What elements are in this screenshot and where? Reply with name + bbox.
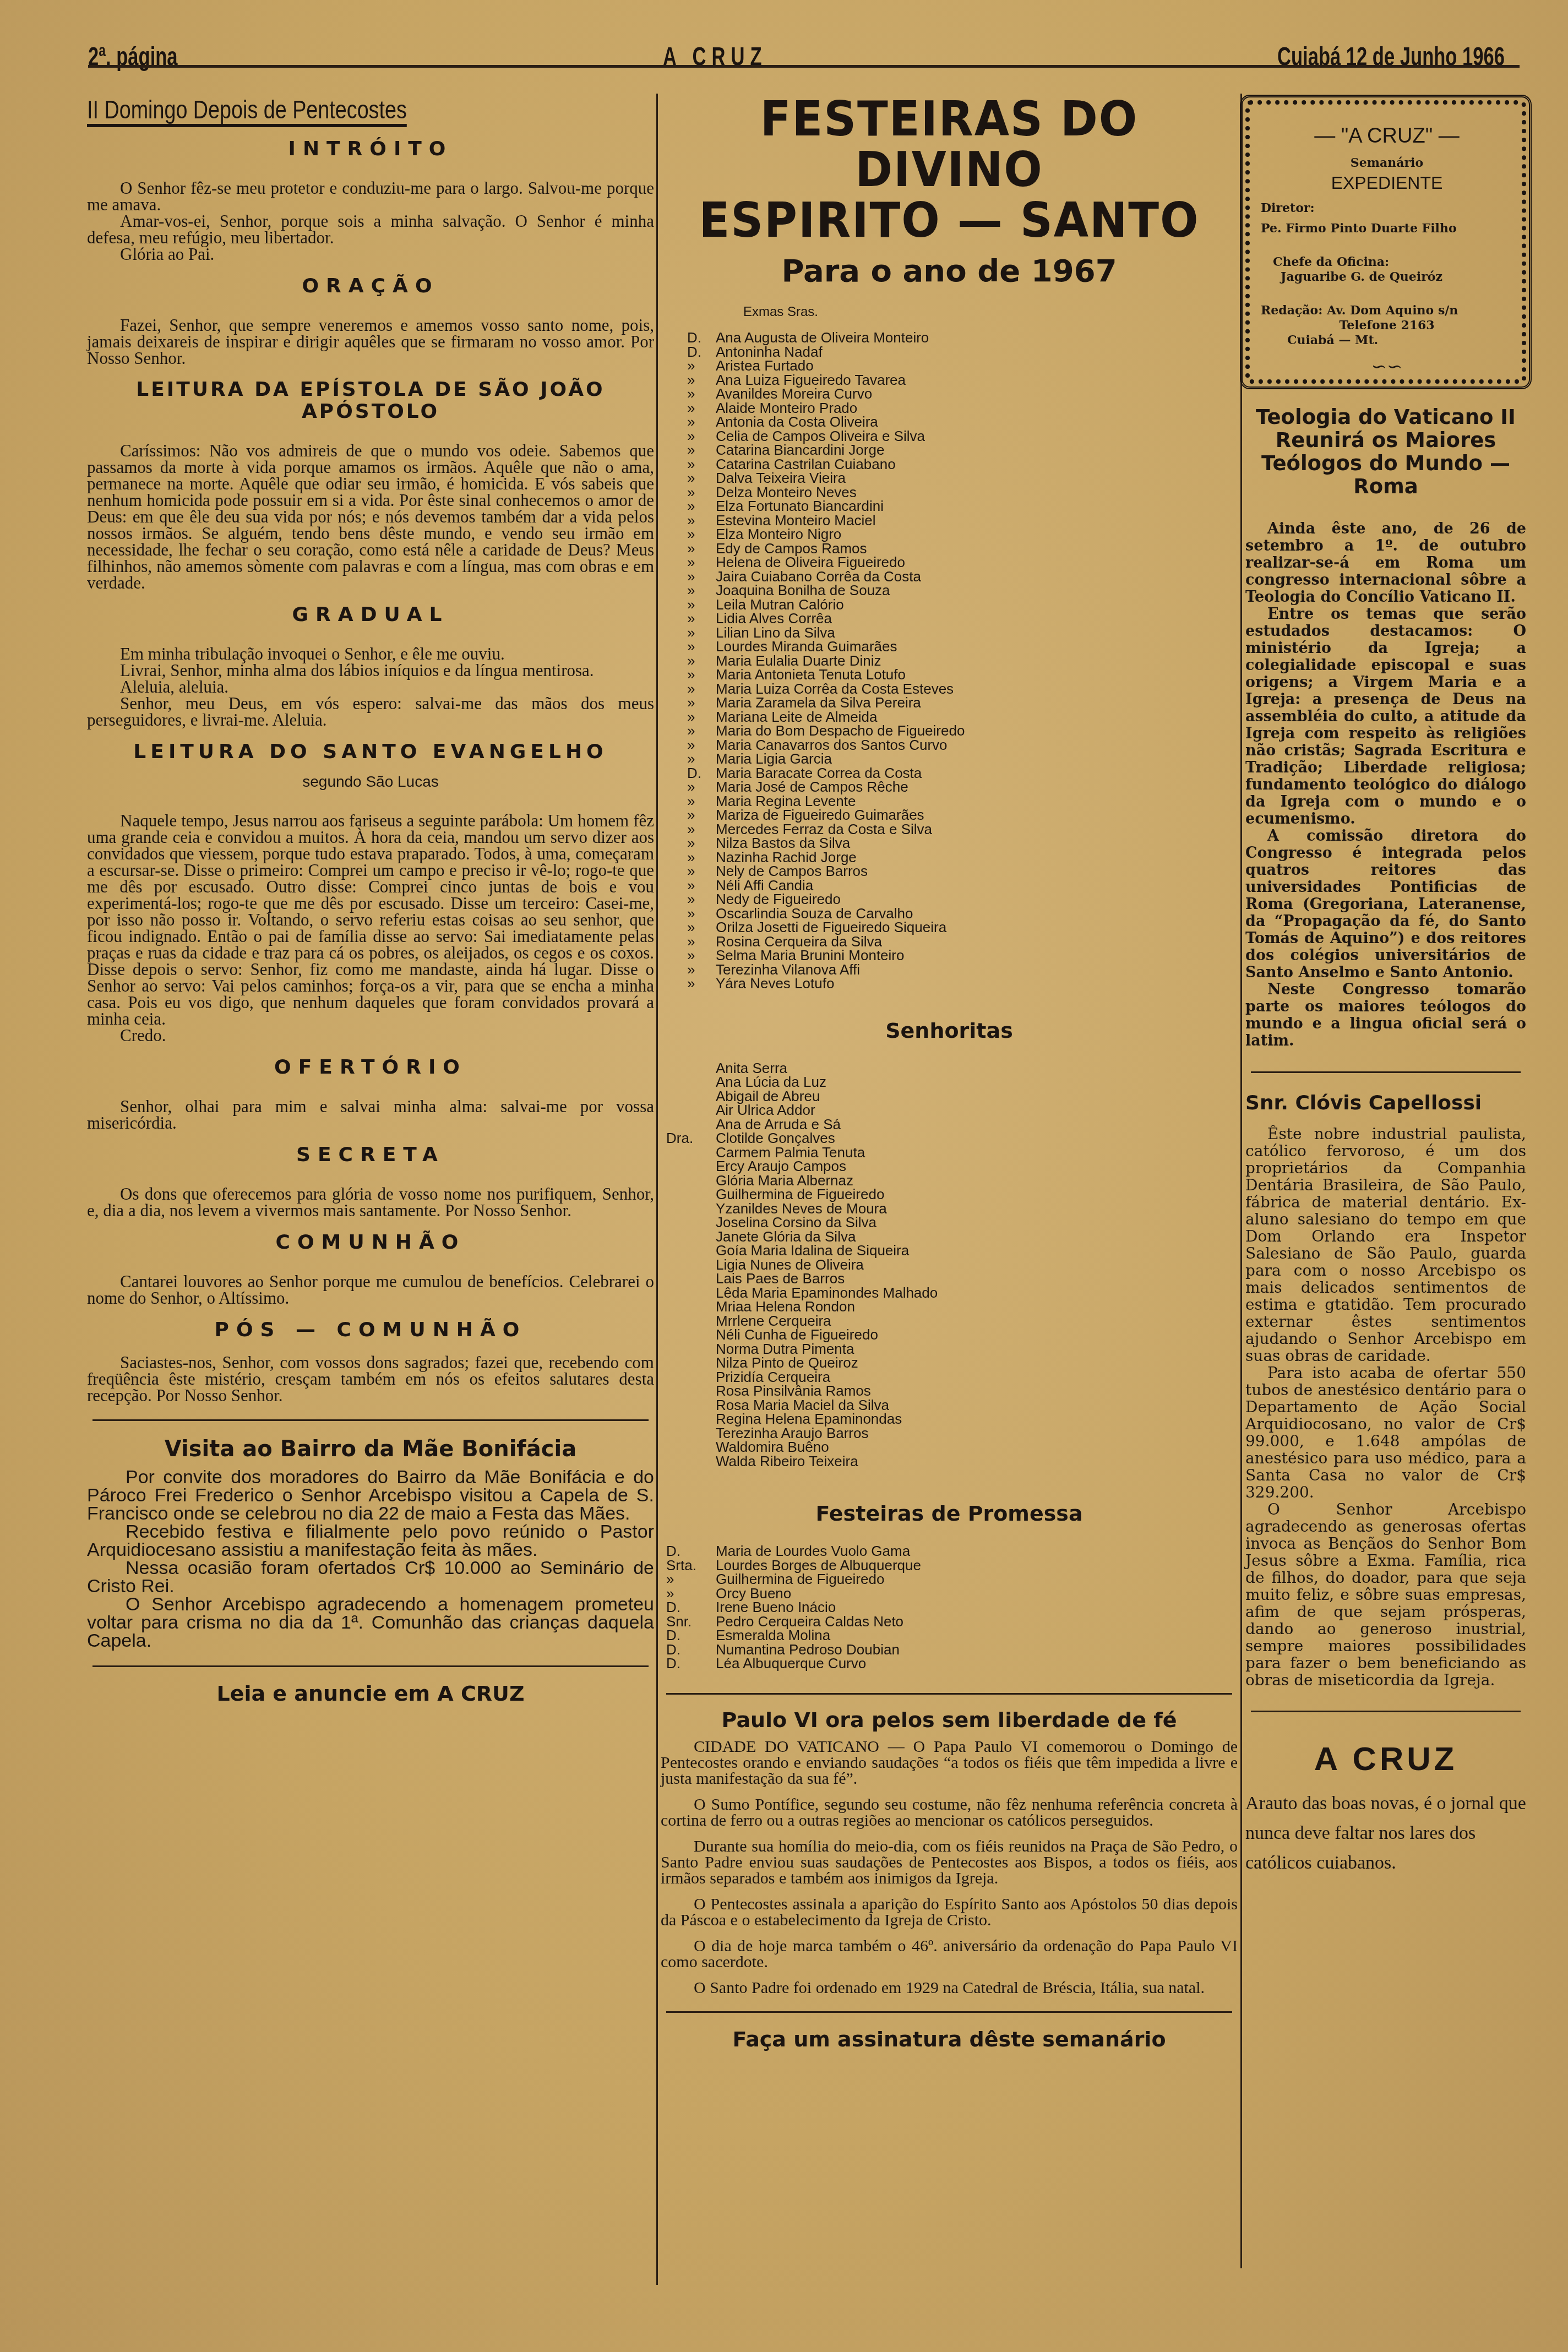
person-name: Ercy Araujo Campos xyxy=(716,1159,846,1174)
section-title-evangelho: LEITURA DO SANTO EVANGELHO xyxy=(87,741,654,763)
list-item: »Avanildes Moreira Curvo xyxy=(661,387,1238,401)
name-prefix: » xyxy=(661,359,716,373)
paragraph: Para isto acaba de ofertar 550 tubos de … xyxy=(1245,1364,1526,1501)
person-name: Guilhermina de Figueiredo xyxy=(716,1188,884,1202)
paragraph: Glória ao Pai. xyxy=(87,246,654,263)
festeiras-column: FESTEIRAS DO DIVINO ESPIRITO — SANTO Par… xyxy=(661,94,1238,2051)
paragraph: Nessa ocasião foram ofertados Cr$ 10.000… xyxy=(87,1559,654,1596)
paragraph: Ainda êste ano, de 26 de setembro a 1º. … xyxy=(1245,520,1526,606)
liturgy-column: II Domingo Depois de Pentecostes INTRÓIT… xyxy=(87,94,654,1706)
list-item: »Yára Neves Lotufo xyxy=(661,977,1238,991)
column-divider xyxy=(656,94,658,2285)
group-title-senhoritas: Senhoritas xyxy=(661,1019,1238,1043)
name-prefix: D. xyxy=(666,1629,716,1643)
paragraph: O Pentecostes assinala a aparição do Esp… xyxy=(661,1896,1238,1928)
list-item: Goía Maria Idalina de Siqueira xyxy=(666,1244,1238,1258)
person-name: Maria Zaramela da Silva Pereira xyxy=(716,696,921,710)
person-name: Aristea Furtado xyxy=(716,359,814,373)
name-prefix: » xyxy=(661,499,716,514)
person-name: Joselina Corsino da Silva xyxy=(716,1216,876,1230)
section-title-oracao: ORAÇÃO xyxy=(87,275,654,297)
paragraph: Credo. xyxy=(87,1027,654,1044)
person-name: Néli Cunha de Figueiredo xyxy=(716,1328,878,1342)
list-item: Waldomira Buêno xyxy=(666,1440,1238,1455)
list-item: »Helena de Oliveira Figueiredo xyxy=(661,556,1238,570)
list-item: »Maria Zaramela da Silva Pereira xyxy=(661,696,1238,710)
paragraph: Êste nobre industrial paulista, católico… xyxy=(1245,1125,1526,1364)
person-name: Waldomira Buêno xyxy=(716,1440,829,1455)
name-prefix: Dra. xyxy=(666,1131,716,1146)
paragraph: Naquele tempo, Jesus narrou aos fariseus… xyxy=(87,813,654,1027)
name-prefix xyxy=(666,1356,716,1370)
person-name: Ana Augusta de Oliveira Monteiro xyxy=(716,331,929,345)
paragraph: Em minha tribulação invoquei o Senhor, e… xyxy=(87,646,654,662)
name-prefix xyxy=(666,1075,716,1090)
person-name: Maria Antonieta Tenuta Lotufo xyxy=(716,668,906,682)
list-item: Lais Paes de Barros xyxy=(666,1272,1238,1286)
name-prefix xyxy=(666,1230,716,1244)
person-name: Air Ulrica Addor xyxy=(716,1103,815,1118)
name-prefix: » xyxy=(661,668,716,682)
person-name: Clotilde Gonçalves xyxy=(716,1131,835,1146)
list-item: Rosa Pinsilvânia Ramos xyxy=(666,1384,1238,1398)
section-title-gradual: GRADUAL xyxy=(87,603,654,626)
name-prefix xyxy=(666,1202,716,1216)
name-prefix: » xyxy=(661,864,716,879)
person-name: Lidia Alves Corrêa xyxy=(716,612,832,626)
person-name: Maria do Bom Despacho de Figueiredo xyxy=(716,724,965,738)
main-headline-line-1: FESTEIRAS DO DIVINO xyxy=(681,94,1218,195)
paragraph: O Santo Padre foi ordenado em 1929 na Ca… xyxy=(661,1980,1238,1996)
comunhao-text: Cantarei louvores ao Senhor porque me cu… xyxy=(87,1273,654,1306)
teologia-text: Ainda êste ano, de 26 de setembro a 1º. … xyxy=(1245,520,1526,1049)
epistola-text: Caríssimos: Não vos admireis de que o mu… xyxy=(87,443,654,591)
paragraph: Durante sua homília do meio-dia, com os … xyxy=(661,1838,1238,1886)
name-prefix: » xyxy=(661,724,716,738)
list-item: Air Ulrica Addor xyxy=(666,1103,1238,1118)
person-name: Selma Maria Brunini Monteiro xyxy=(716,949,904,963)
kicker-headline: II Domingo Depois de Pentecostes xyxy=(87,95,552,124)
main-subheadline: Para o ano de 1967 xyxy=(661,253,1238,289)
list-item: Ana Lúcia da Luz xyxy=(666,1075,1238,1090)
introito-text: O Senhor fêz-se meu protetor e conduziu-… xyxy=(87,180,654,263)
name-prefix: » xyxy=(661,387,716,401)
person-name: Esmeralda Molina xyxy=(716,1629,830,1643)
list-item: »Maria Ligia Garcia xyxy=(661,752,1238,766)
person-name: Irene Bueno Inácio xyxy=(716,1600,836,1615)
article-divider xyxy=(666,1693,1232,1695)
promessa-list: D.Maria de Lourdes Vuolo GamaSrta.Lourde… xyxy=(666,1544,1238,1671)
name-prefix xyxy=(666,1286,716,1300)
paragraph: Amar-vos-ei, Senhor, porque sois a minha… xyxy=(87,213,654,246)
name-prefix: » xyxy=(661,640,716,654)
person-name: Maria José de Campos Rêche xyxy=(716,780,908,794)
name-prefix: D. xyxy=(666,1657,716,1671)
name-prefix: » xyxy=(661,892,716,907)
list-item: »Antonia da Costa Oliveira xyxy=(661,415,1238,429)
person-name: Catarina Biancardini Jorge xyxy=(716,443,884,458)
page-header: 2ª. página A CRUZ Cuiabá 12 de Junho 196… xyxy=(88,36,1119,69)
name-prefix: » xyxy=(661,836,716,851)
list-item: Regina Helena Epaminondas xyxy=(666,1412,1238,1427)
list-item: »Lourdes Miranda Guimarães xyxy=(661,640,1238,654)
name-prefix xyxy=(666,1370,716,1385)
person-name: Maria de Lourdes Vuolo Gama xyxy=(716,1544,910,1559)
poscomunhao-text: Saciastes-nos, Senhor, com vossos dons s… xyxy=(87,1354,654,1404)
list-item: D.Irene Bueno Inácio xyxy=(666,1600,1238,1615)
promo-slogan: Leia e anuncie em A CRUZ xyxy=(87,1681,654,1706)
list-item: »Nely de Campos Barros xyxy=(661,864,1238,879)
list-item: Néli Cunha de Figueiredo xyxy=(666,1328,1238,1342)
paragraph: Recebido festiva e filialmente pelo povo… xyxy=(87,1523,654,1559)
person-name: Dalva Teixeira Vieira xyxy=(716,471,846,486)
list-item: »Elza Fortunato Biancardini xyxy=(661,499,1238,514)
person-name: Lais Paes de Barros xyxy=(716,1272,845,1286)
salutation: Exmas Sras. xyxy=(743,304,1238,320)
name-prefix xyxy=(666,1398,716,1413)
clovis-text: Êste nobre industrial paulista, católico… xyxy=(1245,1125,1526,1689)
name-prefix xyxy=(666,1314,716,1329)
ad-text: Arauto das boas novas, é o jornal que nu… xyxy=(1245,1789,1526,1878)
name-prefix: » xyxy=(661,584,716,598)
name-prefix xyxy=(666,1384,716,1398)
section-title-comunhao: COMUNHÃO xyxy=(87,1231,654,1254)
person-name: Goía Maria Idalina de Siqueira xyxy=(716,1244,909,1258)
article-headline-teologia: Teologia do Vaticano II Reunirá os Maior… xyxy=(1245,406,1526,498)
list-item: »Selma Maria Brunini Monteiro xyxy=(661,949,1238,963)
paragraph: A comissão diretora do Congresso é integ… xyxy=(1245,827,1526,981)
ofertorio-text: Senhor, olhai para mim e salvai minha al… xyxy=(87,1098,654,1131)
list-item: Walda Ribeiro Teixeira xyxy=(666,1455,1238,1469)
list-item: »Maria Antonieta Tenuta Lotufo xyxy=(661,668,1238,682)
visita-text: Por convite dos moradores do Bairro da M… xyxy=(87,1468,654,1650)
list-item: »Nedy de Figueiredo xyxy=(661,892,1238,907)
paragraph: Fazei, Senhor, que sempre veneremos e am… xyxy=(87,317,654,367)
list-item: »Orilza Josetti de Figueiredo Siqueira xyxy=(661,921,1238,935)
name-prefix: » xyxy=(661,696,716,710)
secreta-text: Os dons que oferecemos para glória de vo… xyxy=(87,1186,654,1219)
name-prefix xyxy=(666,1090,716,1104)
person-name: Ana Lúcia da Luz xyxy=(716,1075,826,1090)
list-item: D.Ana Augusta de Oliveira Monteiro xyxy=(661,331,1238,345)
person-name: Nely de Campos Barros xyxy=(716,864,868,879)
name-prefix xyxy=(666,1342,716,1357)
name-prefix xyxy=(666,1174,716,1188)
name-prefix xyxy=(666,1244,716,1258)
promo-slogan: Faça um assinatura dêste semanário xyxy=(661,2027,1238,2051)
list-item: »Dalva Teixeira Vieira xyxy=(661,471,1238,486)
name-prefix: » xyxy=(661,415,716,429)
name-prefix: » xyxy=(661,443,716,458)
section-subtitle: segundo São Lucas xyxy=(87,773,654,791)
name-prefix: » xyxy=(661,612,716,626)
name-prefix xyxy=(666,1159,716,1174)
name-prefix: » xyxy=(661,780,716,794)
paragraph: Os dons que oferecemos para glória de vo… xyxy=(87,1186,654,1219)
name-prefix xyxy=(666,1103,716,1118)
oracao-text: Fazei, Senhor, que sempre veneremos e am… xyxy=(87,317,654,367)
person-name: Avanildes Moreira Curvo xyxy=(716,387,872,401)
person-name: Rosa Pinsilvânia Ramos xyxy=(716,1384,871,1398)
list-item: »Nilza Bastos da Silva xyxy=(661,836,1238,851)
name-prefix xyxy=(666,1272,716,1286)
paragraph: Neste Congresso tomarão parte os maiores… xyxy=(1245,981,1526,1049)
main-headline-line-2: ESPIRITO — SANTO xyxy=(681,195,1218,246)
header-rule xyxy=(88,65,1520,68)
paragraph: O Senhor Arcebispo agradecendo a homenag… xyxy=(87,1596,654,1650)
paragraph: Aleluia, aleluia. xyxy=(87,679,654,695)
name-prefix xyxy=(666,1412,716,1427)
paragraph: Livrai, Senhor, minha alma dos lábios in… xyxy=(87,662,654,679)
name-prefix: D. xyxy=(661,331,716,345)
list-item: Nilza Pinto de Queiroz xyxy=(666,1356,1238,1370)
name-prefix: D. xyxy=(666,1544,716,1559)
name-prefix: D. xyxy=(666,1600,716,1615)
right-column: — "A CRUZ" — Semanário EXPEDIENTE Direto… xyxy=(1245,94,1526,1878)
name-prefix xyxy=(666,1300,716,1314)
article-divider xyxy=(1251,1711,1521,1712)
ad-title: A CRUZ xyxy=(1245,1740,1526,1778)
person-name: Léa Albuquerque Curvo xyxy=(716,1657,866,1671)
paragraph: Por convite dos moradores do Bairro da M… xyxy=(87,1468,654,1523)
person-name: Antonia da Costa Oliveira xyxy=(716,415,878,429)
list-item: »Elza Monteiro Nigro xyxy=(661,527,1238,542)
list-item: »Aristea Furtado xyxy=(661,359,1238,373)
article-headline-paulo: Paulo VI ora pelos sem liberdade de fé xyxy=(661,1708,1238,1732)
person-name: Elza Monteiro Nigro xyxy=(716,527,841,542)
name-prefix xyxy=(666,1328,716,1342)
list-item: »Guilhermina de Figueiredo xyxy=(666,1572,1238,1587)
article-headline-visita: Visita ao Bairro da Mãe Bonifácia xyxy=(87,1436,654,1462)
column-divider xyxy=(1240,94,1242,2268)
article-headline-clovis: Snr. Clóvis Capellossi xyxy=(1245,1092,1526,1114)
name-prefix: » xyxy=(661,471,716,486)
person-name: Regina Helena Epaminondas xyxy=(716,1412,902,1427)
senhoritas-list: Anita SerraAna Lúcia da LuzAbigail de Ab… xyxy=(666,1061,1238,1469)
paragraph: Cantarei louvores ao Senhor porque me cu… xyxy=(87,1273,654,1306)
paragraph: Senhor, meu Deus, em vós espero: salvai-… xyxy=(87,695,654,728)
person-name: Yára Neves Lotufo xyxy=(716,977,834,991)
paragraph: O Sumo Pontífice, segundo seu costume, n… xyxy=(661,1796,1238,1828)
paragraph: O dia de hoje marca também o 46º. aniver… xyxy=(661,1938,1238,1970)
paragraph: CIDADE DO VATICANO — O Papa Paulo VI com… xyxy=(661,1739,1238,1787)
person-name: Nilza Bastos da Silva xyxy=(716,836,850,851)
person-name: Mriaa Helena Rondon xyxy=(716,1300,855,1314)
expediente-box: — "A CRUZ" — Semanário EXPEDIENTE Direto… xyxy=(1245,100,1526,384)
name-prefix: » xyxy=(666,1572,716,1587)
name-prefix xyxy=(666,1455,716,1469)
name-prefix xyxy=(666,1188,716,1202)
list-item: Mriaa Helena Rondon xyxy=(666,1300,1238,1314)
name-prefix: » xyxy=(661,921,716,935)
group-title-promessa: Festeiras de Promessa xyxy=(661,1501,1238,1526)
person-name: Nilza Pinto de Queiroz xyxy=(716,1356,858,1370)
name-prefix: » xyxy=(661,527,716,542)
name-prefix xyxy=(666,1216,716,1230)
list-item: Ercy Araujo Campos xyxy=(666,1159,1238,1174)
article-divider xyxy=(92,1665,649,1667)
section-title-secreta: SECRETA xyxy=(87,1144,654,1166)
list-item: Guilhermina de Figueiredo xyxy=(666,1188,1238,1202)
name-prefix: » xyxy=(661,808,716,823)
paragraph: Senhor, olhai para mim e salvai minha al… xyxy=(87,1098,654,1131)
list-item: D.Maria de Lourdes Vuolo Gama xyxy=(666,1544,1238,1559)
list-item: »Joaquina Bonilha de Souza xyxy=(661,584,1238,598)
name-prefix xyxy=(666,1146,716,1160)
list-item: »Maria do Bom Despacho de Figueiredo xyxy=(661,724,1238,738)
decorative-border xyxy=(1240,95,1532,389)
paragraph: O Senhor fêz-se meu protetor e conduziu-… xyxy=(87,180,654,213)
article-divider xyxy=(1251,1071,1521,1073)
paragraph: Caríssimos: Não vos admireis de que o mu… xyxy=(87,443,654,591)
newspaper-page: 2ª. página A CRUZ Cuiabá 12 de Junho 196… xyxy=(0,0,1568,2352)
list-item: Joselina Corsino da Silva xyxy=(666,1216,1238,1230)
person-name: Orilza Josetti de Figueiredo Siqueira xyxy=(716,921,946,935)
person-name: Walda Ribeiro Teixeira xyxy=(716,1455,858,1469)
section-title-poscomunhao: PÓS — COMUNHÃO xyxy=(87,1319,654,1341)
name-prefix xyxy=(666,1427,716,1441)
person-name: Joaquina Bonilha de Souza xyxy=(716,584,890,598)
list-item: »Maria José de Campos Rêche xyxy=(661,780,1238,794)
list-item: »Mariza de Figueiredo Guimarães xyxy=(661,808,1238,823)
list-item: D.Esmeralda Molina xyxy=(666,1629,1238,1643)
name-prefix: » xyxy=(661,977,716,991)
evangelho-text: Naquele tempo, Jesus narrou aos fariseus… xyxy=(87,813,654,1044)
article-divider xyxy=(92,1419,649,1421)
name-prefix xyxy=(666,1258,716,1272)
person-name: Maria Ligia Garcia xyxy=(716,752,832,766)
name-prefix: » xyxy=(661,556,716,570)
name-prefix xyxy=(666,1440,716,1455)
paragraph: Saciastes-nos, Senhor, com vossos dons s… xyxy=(87,1354,654,1404)
paragraph: O Senhor Arcebispo agradecendo as genero… xyxy=(1245,1501,1526,1689)
article-divider xyxy=(666,2011,1232,2013)
name-prefix: » xyxy=(661,752,716,766)
list-item: D.Léa Albuquerque Curvo xyxy=(666,1657,1238,1671)
person-name: Nedy de Figueiredo xyxy=(716,892,841,907)
name-prefix: » xyxy=(661,949,716,963)
list-item: »Lidia Alves Corrêa xyxy=(661,612,1238,626)
person-name: Lourdes Miranda Guimarães xyxy=(716,640,897,654)
list-item: Dra.Clotilde Gonçalves xyxy=(666,1131,1238,1146)
person-name: Guilhermina de Figueiredo xyxy=(716,1572,884,1587)
gradual-text: Em minha tribulação invoquei o Senhor, e… xyxy=(87,646,654,728)
section-title-introito: INTRÓITO xyxy=(87,138,654,160)
section-title-ofertorio: OFERTÓRIO xyxy=(87,1056,654,1079)
paulo-text: CIDADE DO VATICANO — O Papa Paulo VI com… xyxy=(661,1739,1238,1996)
section-title-epistola: LEITURA DA EPÍSTOLA DE SÃO JOÃO APÓSTOLO xyxy=(87,379,654,423)
name-prefix xyxy=(666,1061,716,1076)
list-item: »Catarina Biancardini Jorge xyxy=(661,443,1238,458)
paragraph: Entre os temas que serão estudados desta… xyxy=(1245,606,1526,827)
person-name: Helena de Oliveira Figueiredo xyxy=(716,556,905,570)
senhoras-list: D.Ana Augusta de Oliveira MonteiroD.Anto… xyxy=(661,331,1238,991)
person-name: Mariza de Figueiredo Guimarães xyxy=(716,808,924,823)
person-name: Elza Fortunato Biancardini xyxy=(716,499,884,514)
